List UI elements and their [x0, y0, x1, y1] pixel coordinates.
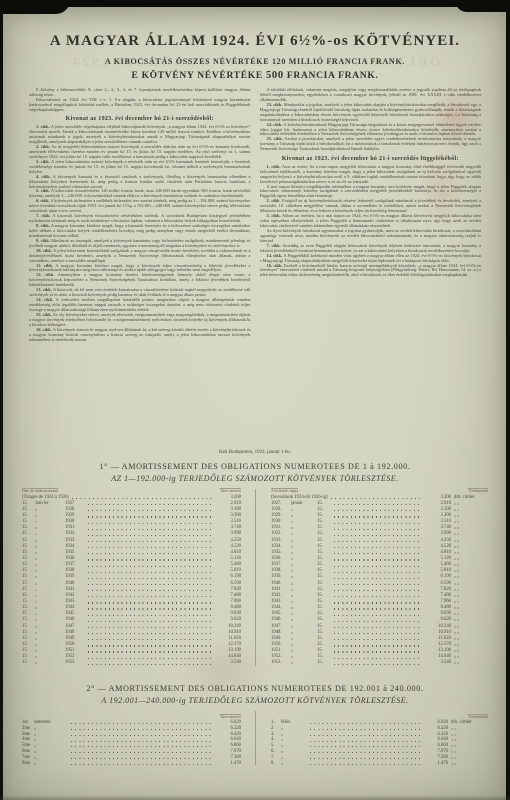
body-paragraph: 14. cikk. A törlesztési tervben megállap… [29, 298, 251, 313]
body-paragraph: 8. cikk. A magyar kormány kötelezi magát… [29, 224, 251, 239]
dot-leader [334, 608, 422, 609]
paragraph-text: Arra az esetre, ha a mai napon megjelölt… [260, 164, 482, 184]
cell-period: „ [281, 761, 307, 767]
cell-titles-amortized: 3.540 [216, 660, 241, 666]
dot-leader [334, 566, 422, 567]
table-body: 1. félév. 6.020 drb. címlet 2. „ 6.220 [271, 720, 488, 766]
dot-leader [334, 547, 422, 548]
section2-heading-hungarian: A 192.001—240.000-ig TERJEDŐLEG SZÁMOZOT… [0, 696, 510, 705]
dot-leader [71, 729, 213, 730]
paragraph-text: Mindazok az összegek, amelyek a kötvénye… [29, 238, 251, 248]
dot-leader [88, 559, 213, 560]
cell-titles-amortized: 3.540 [425, 660, 451, 666]
dot-leader [334, 615, 422, 616]
body-paragraph: 15. cikk. Az oly kötvényekre nézve, amel… [29, 313, 251, 328]
cell-titles-amortized: 1.470 [216, 761, 241, 767]
dot-leader [331, 498, 422, 499]
column-header-amount: Törlesztendő [468, 488, 488, 494]
dot-leader [88, 633, 213, 634]
left-column: E kötvény a békeszerződés X. címe 2., 4.… [29, 88, 251, 448]
paragraph-text: Abban az esetben, ha a mai napon az 1924… [260, 213, 482, 228]
body-paragraph: Az ilyen kötvények birtokosai ugyanazoka… [260, 229, 482, 244]
paragraph-text: A kötvények francia és magyar nyelven ál… [29, 327, 251, 342]
dot-leader [88, 553, 213, 554]
denomination-suffix: FRANCIA FRANK. [284, 71, 379, 81]
dot-leader [310, 741, 420, 742]
dot-leader [334, 535, 422, 536]
right-column: A túloldali előírások, valamint megírás,… [260, 88, 482, 448]
amortization-tables-2: Titres amortis 1er semestre 6.020 2me [22, 710, 488, 767]
dot-leader [88, 627, 213, 628]
paragraph-text: A kisorsolt kötvények visszafizetése név… [29, 213, 251, 223]
dot-leader [88, 510, 213, 511]
paragraph-text: A jelen kibocsátás biztosítékául szolgál… [29, 248, 251, 263]
dateline: Kelt Budapesten, 1924. január 1-én. [0, 450, 510, 455]
body-paragraph: 1. cikk. A jelen szerződés végrehajtása … [29, 125, 251, 145]
dot-leader [88, 590, 213, 591]
extract-heading-left: Kivonat az 1923. évi december hó 21-i sz… [29, 116, 251, 123]
paragraph-text: A túloldali előírások, valamint megírás,… [260, 88, 482, 102]
scan-corner-left [0, 0, 70, 14]
dot-leader [88, 602, 213, 603]
scan-edge-top [0, 0, 510, 7]
dot-leader [334, 523, 422, 524]
body-paragraph: 16. cikk. Ezekről a kötvényekről hiteles… [260, 264, 482, 279]
dot-leader [334, 516, 422, 517]
dot-leader [334, 664, 422, 665]
cell-unit: „ „ [451, 660, 488, 666]
paragraph-text: Ezekről a kötvényekről hiteles francia s… [260, 263, 482, 278]
paragraph-text: Amennyiben a magyar kormány fizetési köt… [29, 272, 251, 287]
body-paragraph: A mai napon létrejött megállapodás értel… [260, 185, 482, 200]
dot-leader [71, 764, 213, 765]
paragraph-text: A Függelékből keletkező minden vitás ügy… [260, 253, 482, 263]
cell-year: 1953 [65, 660, 85, 666]
table-row: 8me „ 1.470 [22, 761, 241, 767]
appendix-articles: 1. cikk. Arra az esetre, ha a mai napon … [260, 165, 482, 279]
dot-leader [88, 578, 213, 579]
dot-leader [88, 584, 213, 585]
dot-leader [88, 615, 213, 616]
paragraph-text: A magyar kormány kötelezi magát, hogy a … [29, 263, 251, 273]
dot-leader [310, 723, 420, 724]
document-title: A MAGYAR ÁLLAM 1924. ÉVI 6½%-os KÖTVÉNYE… [0, 33, 510, 50]
table-body: 1er semestre 6.020 2me „ 6.220 [22, 720, 241, 766]
intro-paragraphs: E kötvény a békeszerződés X. címe 2., 4.… [29, 88, 251, 113]
dot-leader [71, 735, 213, 736]
body-paragraph: 3. cikk. A jelen kibocsátáshoz tartozó k… [29, 160, 251, 175]
paragraph-text: A kötvények törlesztése a mellékelt törl… [29, 198, 251, 213]
dot-leader [334, 645, 422, 646]
dot-leader [310, 729, 420, 730]
dot-leader [334, 584, 422, 585]
cell-titles-amortized: 1.470 [423, 761, 448, 767]
amortization-tables-1: Date de remboursement Titres amortis (Ti… [22, 488, 488, 667]
paragraph-text: A mai napon létrejött megállapodás értel… [260, 184, 482, 199]
cell-day: 15. [317, 660, 331, 666]
dot-leader [88, 608, 213, 609]
column-header-amount: Titres amortis [220, 714, 241, 720]
table-header-row: Titres amortis [22, 714, 241, 720]
dot-leader [334, 658, 422, 659]
table-header-row: Date de remboursement Titres amortis [22, 488, 241, 494]
dot-leader [88, 639, 213, 640]
paragraph-text: A kötvénybirtokosoknak Magyarjogi Társas… [260, 122, 482, 137]
cell-month: „ [291, 660, 317, 666]
dot-leader [334, 590, 422, 591]
dot-leader [88, 651, 213, 652]
body-paragraph: 23. cikk. Mindazokat a jogokat, amelyek … [260, 103, 482, 123]
semester-table-french: Titres amortis 1er semestre 6.020 2me [22, 714, 255, 767]
paragraph-text: A jelen kibocsátáshoz tartozó kötvények … [29, 159, 251, 174]
denomination-prefix: E KÖTVÉNY NÉVÉRTÉKE [131, 71, 265, 81]
body-paragraph: 2. cikk. Evégből az új kötvénybirtokosok… [260, 199, 482, 214]
table-row: 15 „ 1953 3.540 [22, 660, 241, 666]
cell-year: 1953. [271, 660, 291, 666]
dot-leader [334, 559, 422, 560]
dot-leader [88, 541, 213, 542]
dot-leader [310, 735, 420, 736]
dot-leader [310, 752, 420, 753]
dot-leader [88, 572, 213, 573]
denomination-value: 500 [266, 70, 284, 81]
cell-ordinal: 8me [22, 761, 34, 767]
scan-edge-bottom [0, 795, 510, 800]
dot-leader [334, 578, 422, 579]
paragraph-text: A magyar kormány kötelezi magát, hogy a … [29, 223, 251, 238]
body-paragraph: 25. cikk. Azokat a javaslatokat, amelyek… [260, 137, 482, 152]
section1-heading-hungarian: AZ 1—192.000-ig TERJEDŐLEG SZÁMOZOTT KÖT… [0, 474, 510, 483]
dot-leader [334, 639, 422, 640]
cell-ordinal: 8. [271, 761, 281, 767]
scan-corner-right [455, 0, 510, 12]
dot-leader [334, 633, 422, 634]
body-paragraph: 5. cikk. Abban az esetben, ha a mai napo… [260, 214, 482, 229]
table-header-row: A törlesztés napja Törlesztendő [271, 488, 488, 494]
body-paragraph: 1. cikk. Arra az esetre, ha a mai napon … [260, 165, 482, 185]
dot-leader [334, 621, 422, 622]
dot-leader [72, 498, 213, 499]
paragraph-text: Azokat a javaslatokat, amelyek a jelen s… [260, 136, 482, 151]
cell-unit: „ „ [448, 761, 488, 767]
dot-leader [88, 664, 213, 665]
table-header-row: Törlesztendő [271, 714, 488, 720]
dot-leader [88, 516, 213, 517]
dot-leader [334, 651, 422, 652]
paragraph-text: Ameddig az ezen Függelék alapján kibocsá… [260, 243, 482, 253]
column-header-date: Date de remboursement [22, 488, 58, 494]
dot-leader [310, 746, 420, 747]
amortization-table-hungarian: A törlesztés napja Törlesztendő (Sorsolá… [255, 488, 488, 667]
paragraph-text: A kibocsátás össznévértéke 120 millió fr… [29, 188, 251, 198]
dot-leader [334, 596, 422, 597]
denomination-subtitle: E KÖTVÉNY NÉVÉRTÉKE 500 FRANCIA FRANK. [0, 70, 510, 81]
dot-leader [71, 741, 213, 742]
dot-leader [71, 723, 213, 724]
paragraph-text: A törlesztési tervben megállapított hatá… [29, 297, 251, 312]
dot-leader [88, 658, 213, 659]
dot-leader [88, 621, 213, 622]
dot-leader [334, 627, 422, 628]
body-paragraph: Kibocsáttatott az 1924. évi VIII. t.-c. … [29, 98, 251, 113]
table-row: 1953. „ 15. 3.540 „ „ [271, 660, 488, 666]
column-header-amount: Titres amortis [220, 488, 241, 494]
dot-leader [88, 645, 213, 646]
dot-leader [71, 752, 213, 753]
table-body: (Tirages de 1924 à 1926) 3.200 15 Janvie… [22, 495, 241, 667]
paragraph-text: A kisorsolt, de fel nem vett címletek ka… [29, 287, 251, 297]
paragraph-text: Az oly kötvényekre nézve, amelyek elvesz… [29, 312, 251, 327]
section1-heading-french: 1° — AMORTISSEMENT DES OBLIGATIONS NUMER… [0, 462, 510, 471]
dot-leader [310, 764, 420, 765]
paragraph-text: Evégből az új kötvénybirtokosok részére … [260, 198, 482, 213]
paragraph-text: Az itt megjelölt kibocsátásban tartozó k… [29, 144, 251, 159]
cell-period: „ [34, 761, 68, 767]
dot-leader [334, 553, 422, 554]
dot-leader [88, 535, 213, 536]
body-paragraph: 6. cikk. A kötvények törlesztése a mellé… [29, 199, 251, 214]
contract-text-columns: E kötvény a békeszerződés X. címe 2., 4.… [29, 88, 481, 448]
dot-leader [334, 510, 422, 511]
body-paragraph: 10. cikk. A jelen kibocsátás biztosítéká… [29, 249, 251, 264]
issue-total-subtitle: A KIBOCSÁTÁS ÖSSZES NÉVÉRTÉKE 120 MILLIÓ… [0, 57, 510, 66]
extract-heading-right: Kivonat az 1923. évi december hó 21-i sz… [260, 156, 482, 163]
dot-leader [334, 504, 422, 505]
dot-leader [88, 547, 213, 548]
dot-leader [71, 746, 213, 747]
paragraph-text: Kibocsáttatott az 1924. évi VIII. t.-c. … [29, 97, 251, 112]
dot-leader [88, 504, 213, 505]
dot-leader [334, 541, 422, 542]
semester-table-hungarian: Törlesztendő 1. félév. 6.020 drb. címlet [255, 714, 488, 767]
dot-leader [88, 529, 213, 530]
contract-articles-left: 1. cikk. A jelen szerződés végrehajtása … [29, 125, 251, 342]
dot-leader [71, 758, 213, 759]
amortization-section-1: 1° — AMORTISSEMENT DES OBLIGATIONS NUMER… [0, 462, 510, 667]
body-paragraph: 4. cikk. A kötvények kamatai és a kisors… [29, 175, 251, 190]
dot-leader [88, 596, 213, 597]
body-paragraph: 12. cikk. Amennyiben a magyar kormány fi… [29, 273, 251, 288]
paragraph-text: A jelen szerződés végrehajtása céljából … [29, 124, 251, 144]
paragraph-text: Mindazokat a jogokat, amelyek a jelen ki… [260, 102, 482, 122]
table-row: 8. „ 1.470 „ „ [271, 761, 488, 767]
paragraph-text: Az ilyen kötvények birtokosai ugyanazoka… [260, 228, 482, 243]
dot-leader [334, 602, 422, 603]
body-paragraph: A túloldali előírások, valamint megírás,… [260, 88, 482, 103]
paragraph-text: A kötvények kamatai és a kisorsolt címle… [29, 174, 251, 189]
section2-heading-french: 2° — AMORTISSEMENT DES OBLIGATIONS NUMER… [0, 684, 510, 693]
column-header-amount: Törlesztendő [468, 714, 488, 720]
contract-articles-right: A túloldali előírások, valamint megírás,… [260, 88, 482, 152]
dot-leader [88, 566, 213, 567]
body-paragraph: 2. cikk. Az itt megjelölt kibocsátásban … [29, 145, 251, 160]
bond-certificate-scan: OBLIGATIONS DE L’ÉTAT HONGROIS 1924 ÉTAT… [0, 0, 510, 800]
amortization-section-2: 2° — AMORTISSEMENT DES OBLIGATIONS NUMER… [0, 684, 510, 766]
dot-leader [88, 523, 213, 524]
dot-leader [310, 758, 420, 759]
dot-leader [334, 572, 422, 573]
title-block: A MAGYAR ÁLLAM 1924. ÉVI 6½%-os KÖTVÉNYE… [0, 33, 510, 81]
cell-month: „ [35, 660, 65, 666]
body-paragraph: 16. cikk. A kötvények francia és magyar … [29, 328, 251, 343]
amortization-table-french: Date de remboursement Titres amortis (Ti… [22, 488, 255, 667]
dot-leader [334, 529, 422, 530]
cell-day: 15 [22, 660, 35, 666]
table-body: (Sorsolások 1924-től 1926-ig) 3.200 drb.… [271, 495, 488, 667]
paragraph-text: E kötvény a békeszerződés X. címe 2., 4.… [29, 88, 251, 97]
body-paragraph: 24. cikk. A kötvénybirtokosoknak Magyarj… [260, 123, 482, 138]
column-header-date: A törlesztés napja [271, 488, 298, 494]
